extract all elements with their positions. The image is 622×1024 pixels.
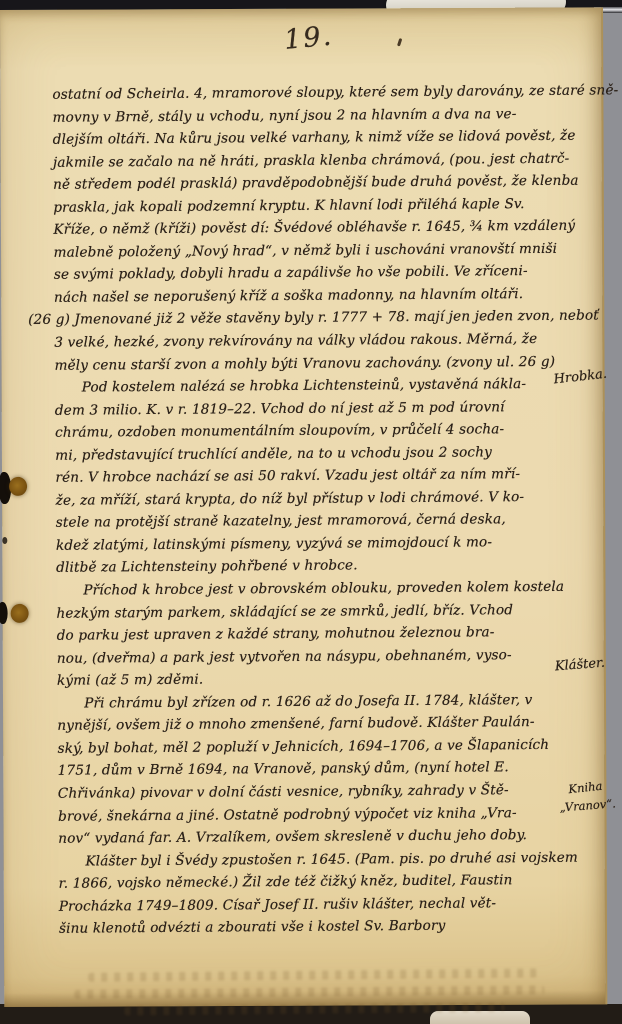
text-line: stele na protější straně kazatelny, jest…: [56, 508, 580, 535]
punch-hole: [9, 477, 27, 496]
text-line: hezkým starým parkem, skládající se ze s…: [56, 598, 580, 625]
page-number: 19.: [283, 20, 335, 55]
page-bottom-crease: [4, 990, 605, 1007]
handwritten-text: ostatní od Scheirla. 4, mramorové sloupy…: [52, 80, 583, 941]
ink-mark: [397, 38, 402, 47]
margin-note: Kniha: [568, 779, 603, 797]
ink-blot: [2, 537, 7, 544]
margin-note: „Vranov“.: [559, 796, 616, 814]
underlying-page-edge: [430, 1011, 530, 1024]
margin-note: Klášter.: [554, 656, 605, 675]
punch-hole: [11, 604, 29, 623]
text-line: šinu klenotů odvézti a zbourati vše i ko…: [59, 914, 583, 941]
text-line: chrámu, ozdoben monumentálním sloupovím,…: [55, 418, 579, 445]
text-line: nou, (dveřma) a park jest vytvořen na ná…: [57, 643, 581, 670]
page-sheet: 19. ostatní od Scheirla. 4, mramorové sl…: [0, 7, 607, 1007]
scanned-page-photo: { "photo": { "background_color": "#8f909…: [0, 0, 622, 1024]
ink-blot: [0, 602, 8, 624]
bleed-through-text: [88, 968, 538, 981]
text-line: r. 1866, vojsko německé.) Žil zde též či…: [59, 869, 583, 896]
